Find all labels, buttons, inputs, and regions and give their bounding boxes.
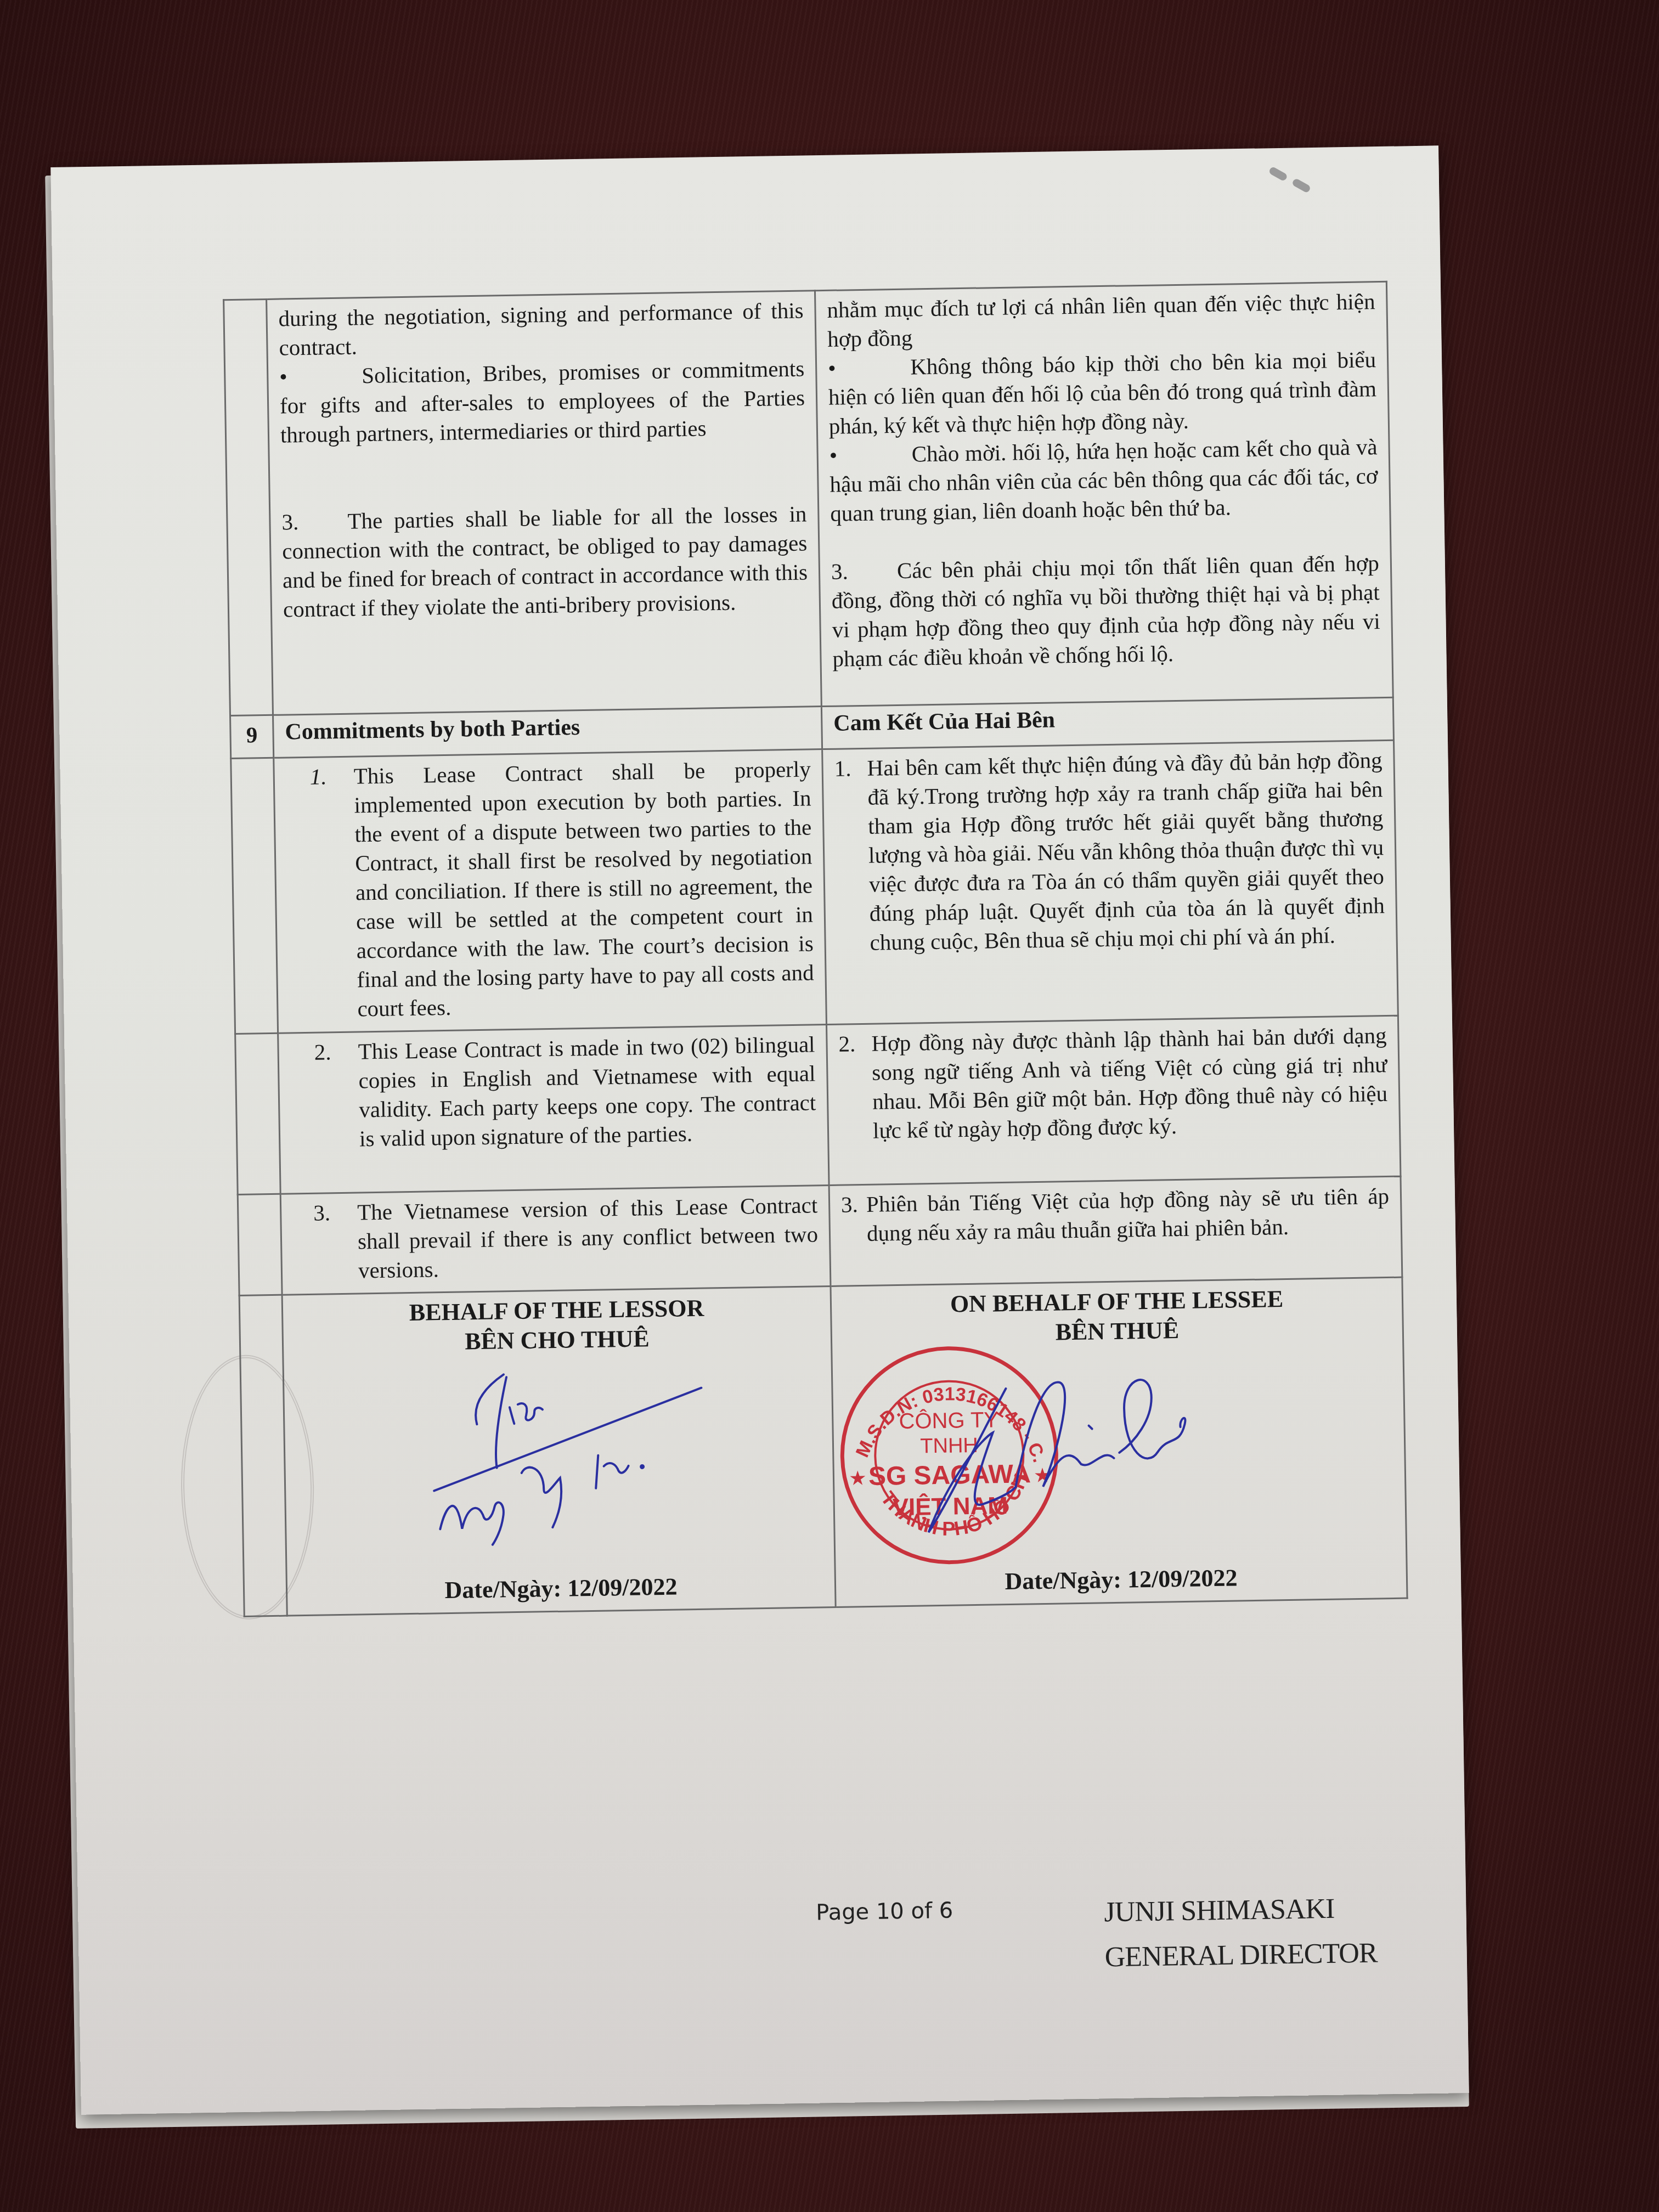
vietnamese-cell: 3.Phiên bản Tiếng Việt của hợp đồng này … — [829, 1176, 1402, 1286]
table-row-item-2: 2.This Lease Contract is made in two (02… — [235, 1015, 1401, 1194]
contract-table: during the negotiation, signing and perf… — [223, 281, 1408, 1617]
lessor-signature-icon — [416, 1360, 726, 1551]
bullet-icon: • — [279, 361, 362, 391]
english-cell: 2.This Lease Contract is made in two (02… — [278, 1025, 829, 1194]
staple-mark — [1291, 178, 1312, 194]
bullet-icon: • — [829, 440, 912, 470]
en-intro-text: during the negotiation, signing and perf… — [278, 296, 804, 363]
en-clause-3: 3.The parties shall be liable for all th… — [281, 500, 808, 624]
signatory-name: JUNJI SHIMASAKI — [1104, 1886, 1377, 1936]
table-row-item-1: 1.This Lease Contract shall be properly … — [231, 740, 1398, 1034]
item-3-vi-text: Phiên bản Tiếng Việt của hợp đồng này sẽ… — [866, 1182, 1390, 1248]
vi-clause-3: 3.Các bên phải chịu mọi tổn thất liên qu… — [831, 549, 1381, 674]
staple-mark — [1268, 166, 1288, 182]
signature-row: BEHALF OF THE LESSOR BÊN CHO THUÊ Date/N — [239, 1277, 1407, 1616]
table-row-item-3: 3.The Vietnamese version of this Lease C… — [238, 1176, 1402, 1295]
item-2-vi-text: Hợp đồng này được thành lập thành hai bả… — [871, 1021, 1388, 1145]
item-2-en-text: This Lease Contract is made in two (02) … — [358, 1030, 816, 1153]
lessor-signature-block: BEHALF OF THE LESSOR BÊN CHO THUÊ Date/N — [282, 1286, 836, 1616]
item-1-en-text: This Lease Contract shall be properly im… — [353, 754, 814, 1023]
section-number: 9 — [230, 715, 274, 758]
signatory-title: GENERAL DIRECTOR — [1104, 1931, 1378, 1980]
lessee-signature-block: ON BEHALF OF THE LESSEE BÊN THUÊ M.S.D.N… — [831, 1277, 1407, 1607]
table-row-anti-bribery-continued: during the negotiation, signing and perf… — [224, 281, 1393, 715]
en-bullet-item: •Solicitation, Bribes, promises or commi… — [279, 354, 805, 450]
bullet-icon: • — [828, 353, 911, 383]
page-number: Page 10 of 6 — [816, 1898, 953, 1926]
english-cell: 1.This Lease Contract shall be properly … — [274, 749, 827, 1034]
vietnamese-cell: 1.Hai bên cam kết thực hiện đúng và đầy … — [822, 740, 1398, 1024]
english-cell: 3.The Vietnamese version of this Lease C… — [280, 1186, 831, 1295]
vi-bullet-item: •Chào mời. hối lộ, hứa hẹn hoặc cam kết … — [829, 432, 1378, 528]
lessee-signatory: JUNJI SHIMASAKI GENERAL DIRECTOR — [1104, 1886, 1378, 1980]
vi-bullet-item: •Không thông báo kịp thời cho bên kia mọ… — [828, 345, 1377, 441]
item-3-en-text: The Vietnamese version of this Lease Con… — [357, 1190, 819, 1285]
lessee-signature-icon — [915, 1363, 1247, 1554]
contract-page: during the negotiation, signing and perf… — [50, 145, 1469, 2114]
vietnamese-cell: nhằm mục đích tư lợi cá nhân liên quan đ… — [815, 281, 1393, 706]
row-number-cell — [224, 299, 273, 715]
english-cell: during the negotiation, signing and perf… — [267, 291, 822, 715]
item-1-vi-text: Hai bên cam kết thực hiện đúng và đầy đủ… — [867, 746, 1385, 957]
vi-intro-text: nhằm mục đích tư lợi cá nhân liên quan đ… — [827, 287, 1376, 354]
vietnamese-cell: 2.Hợp đồng này được thành lập thành hai … — [826, 1015, 1400, 1185]
svg-text:★: ★ — [850, 1468, 866, 1488]
lessor-sign-date: Date/Ngày: 12/09/2022 — [287, 1570, 835, 1607]
